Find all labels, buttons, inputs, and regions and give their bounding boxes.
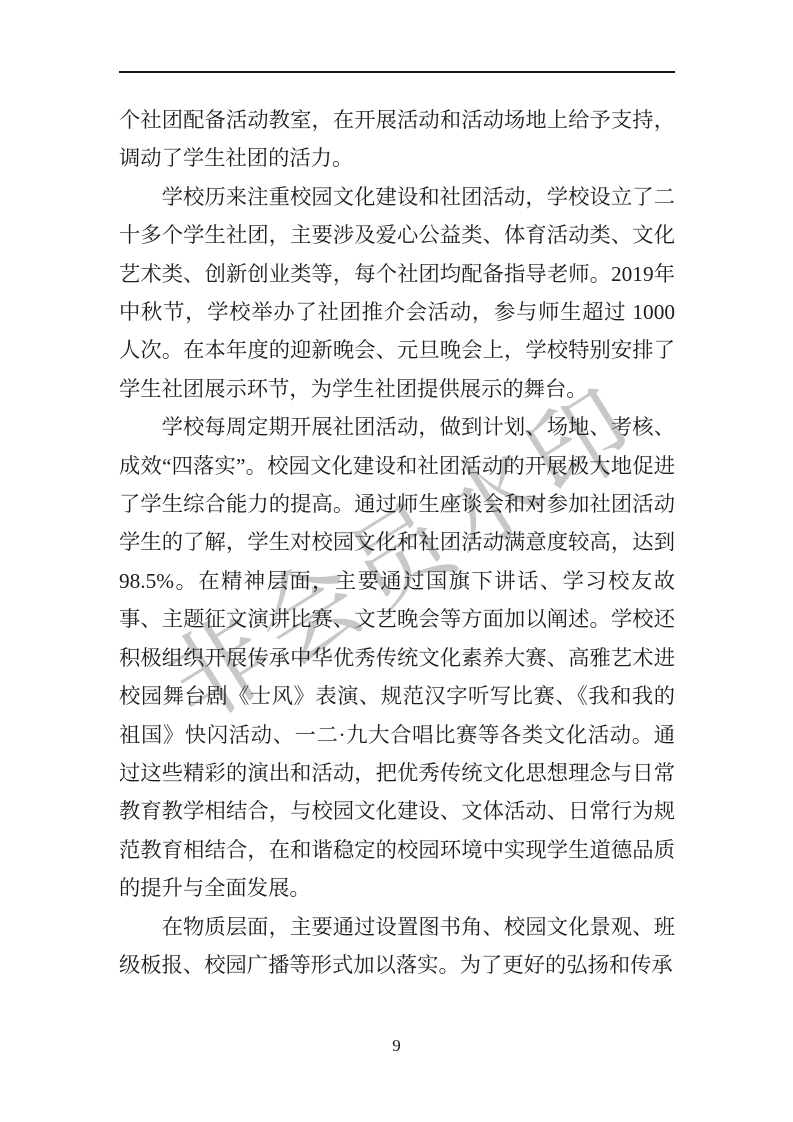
document-page: 非会员水印 个社团配备活动教室，在开展活动和活动场地上给予支持，调动了学生社团的… xyxy=(0,0,793,1122)
header-rule xyxy=(119,71,675,73)
paragraph: 在物质层面，主要通过设置图书角、校园文化景观、班级板报、校园广播等形式加以落实。… xyxy=(119,908,675,985)
page-number: 9 xyxy=(0,1036,793,1056)
paragraph: 学校每周定期开展社团活动，做到计划、场地、考核、成效“四落实”。校园文化建设和社… xyxy=(119,408,675,907)
document-body: 个社团配备活动教室，在开展活动和活动场地上给予支持，调动了学生社团的活力。学校历… xyxy=(119,101,675,984)
paragraph: 学校历来注重校园文化建设和社团活动，学校设立了二十多个学生社团，主要涉及爱心公益… xyxy=(119,178,675,408)
paragraph: 个社团配备活动教室，在开展活动和活动场地上给予支持，调动了学生社团的活力。 xyxy=(119,101,675,178)
